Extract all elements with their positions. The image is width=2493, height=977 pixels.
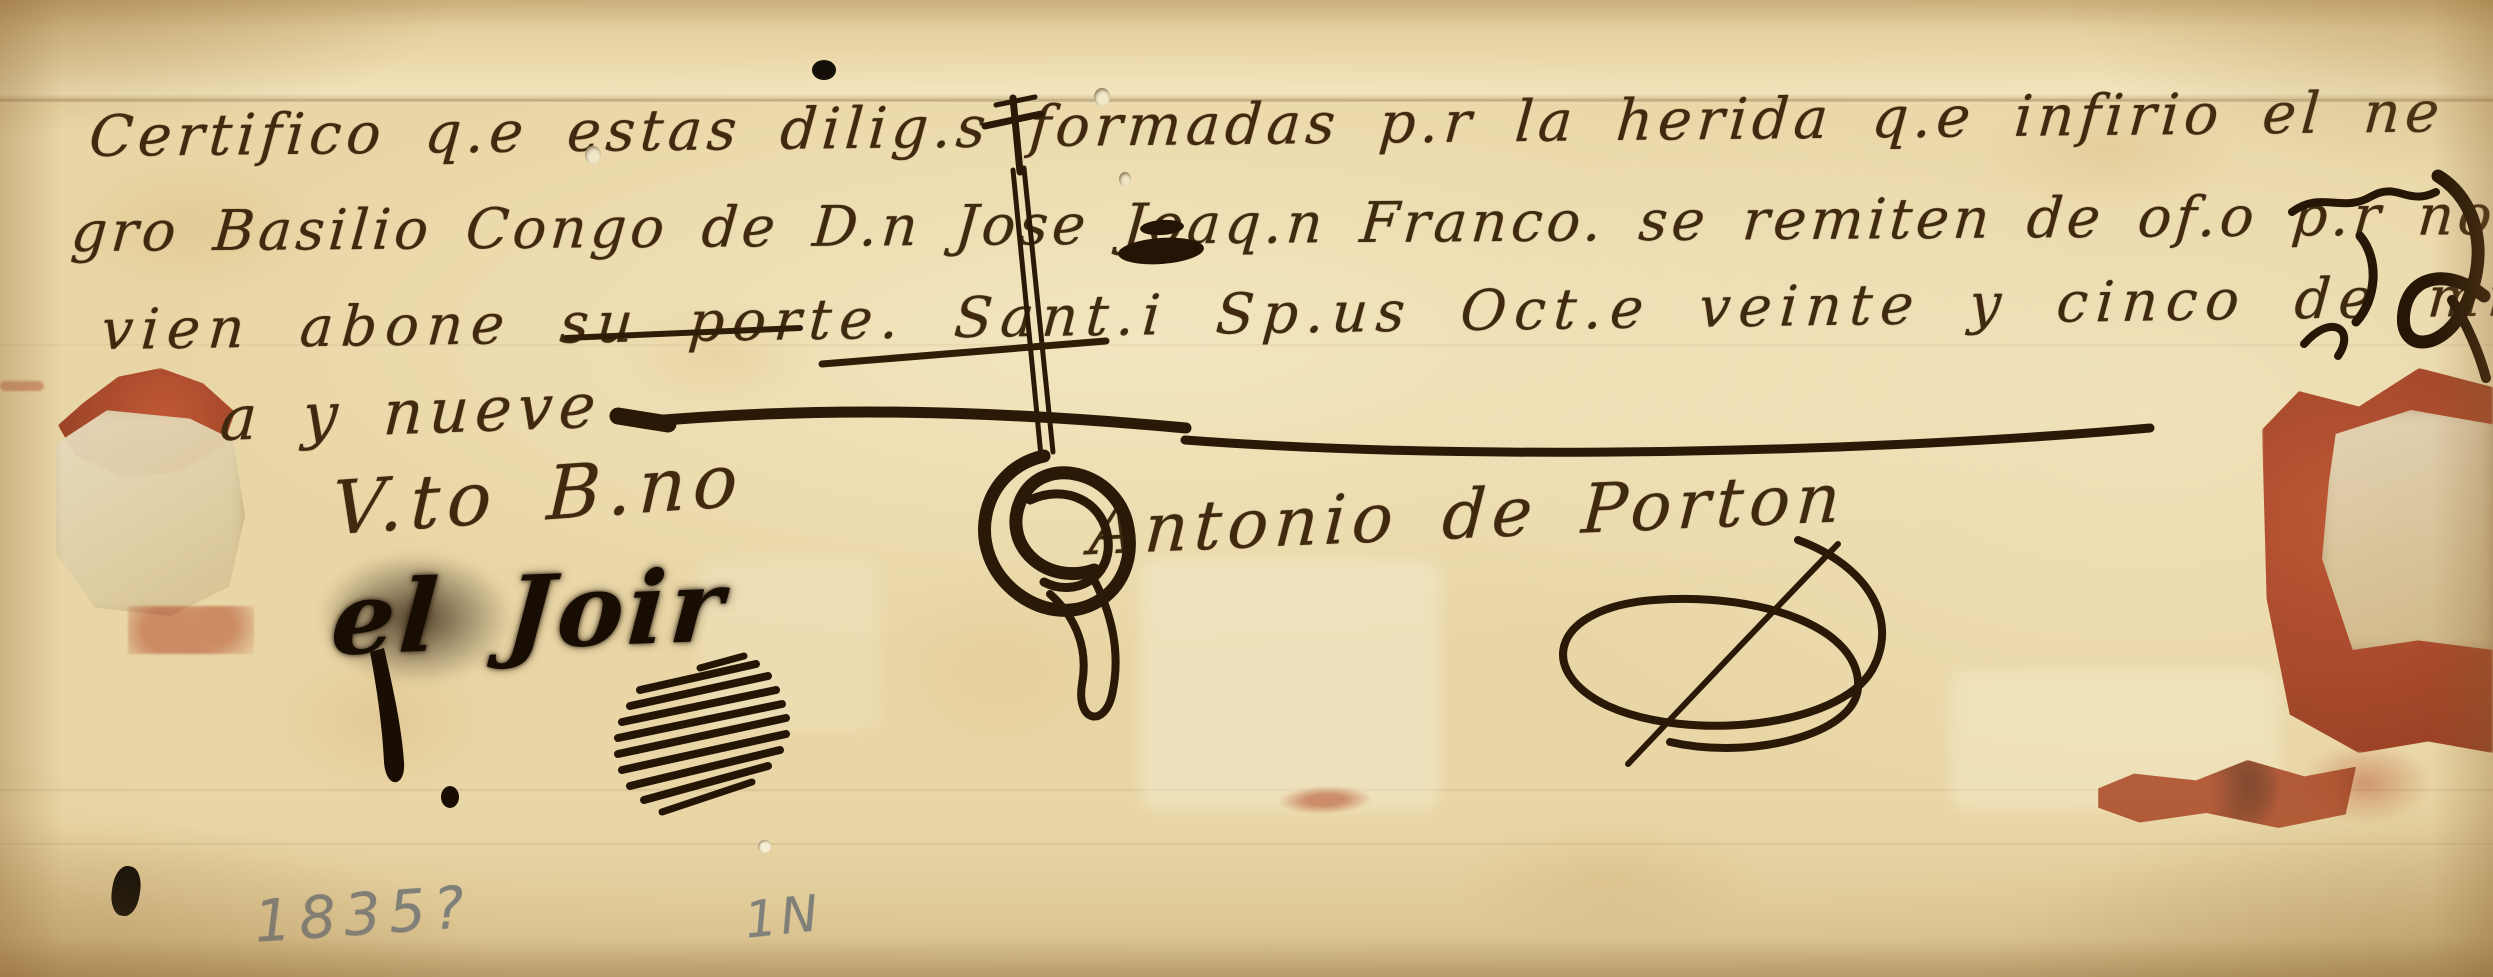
- pencil-code-annotation: 1N: [742, 884, 825, 950]
- signature-secondary: el Joir: [328, 546, 731, 678]
- manuscript-line-4: a y nueve: [218, 369, 603, 455]
- manuscript-scan: Certifico q.e estas dilig.s formadas p.r…: [0, 0, 2493, 977]
